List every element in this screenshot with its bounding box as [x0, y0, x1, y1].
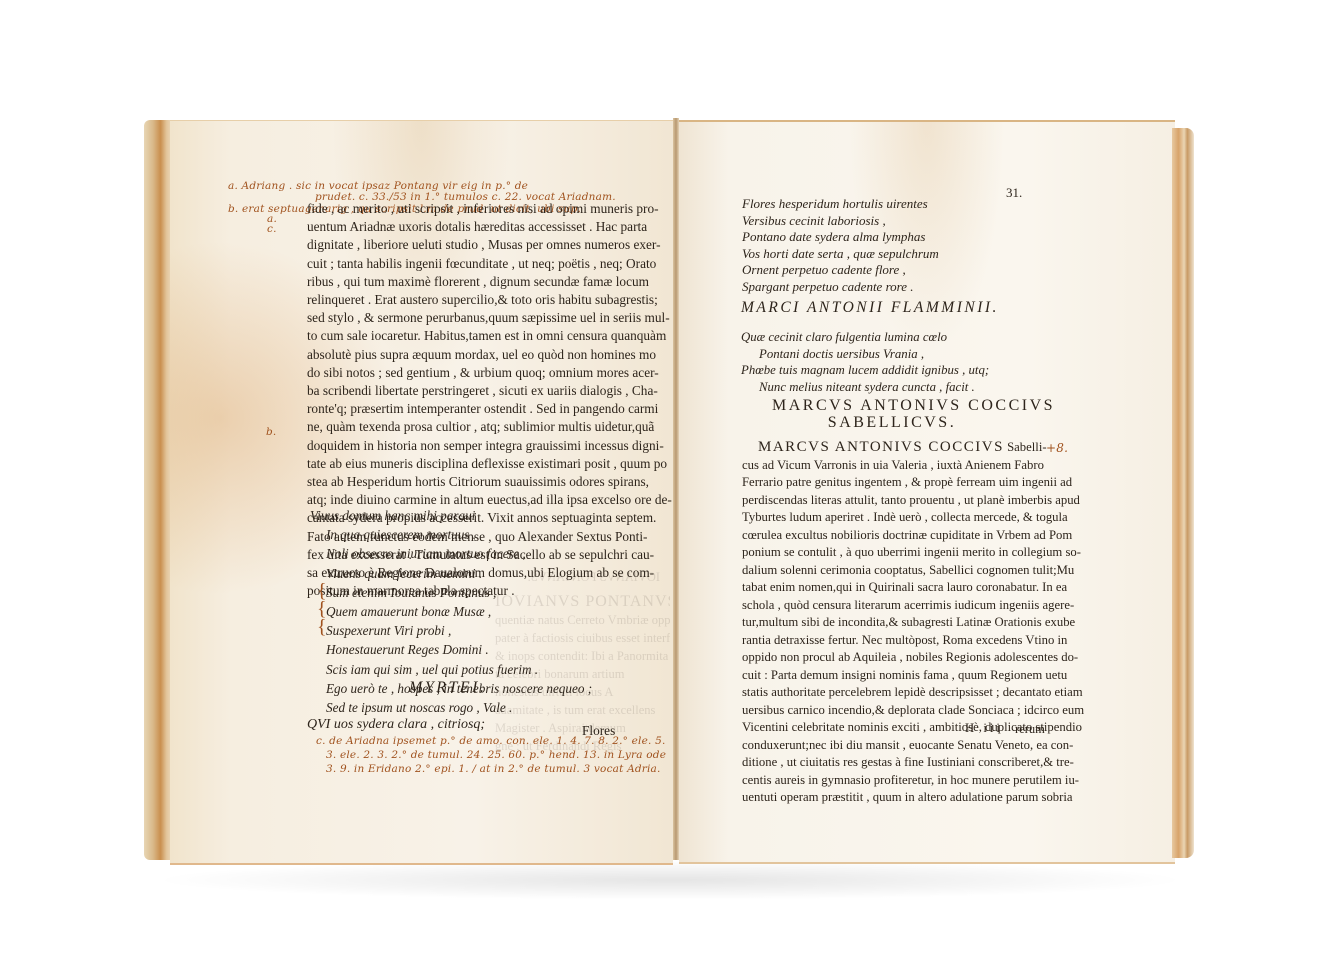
verse-line: In qua quiescerem mortuus .: [310, 525, 592, 544]
prose-line: centis aureis in gymnasio profiteretur, …: [742, 772, 1047, 790]
prose-line: oppido non procul ab Aquileia , nobiles …: [742, 649, 1047, 667]
catchword-right: rerum: [1015, 720, 1045, 738]
prose-line: tur,multum sibi de incondita,& subagrest…: [742, 614, 1047, 632]
prose-line: absolutè pius supra æquum mordax, uel eo…: [307, 346, 653, 364]
verse-line: Suspexerunt Viri probi ,: [310, 621, 592, 640]
verse-line: Viuus domum hanc mihi paraui: [310, 506, 592, 525]
ms-line: c. de Ariadna ipsemet p.° de amo. con. e…: [316, 734, 666, 748]
verse-flaminius: Quæ cecinit claro fulgentia lumina cœlo …: [741, 329, 989, 395]
manuscript-bracket: {{{: [317, 582, 327, 636]
verse-line: Vos horti date serta , quæ sepulchrum: [742, 246, 939, 263]
section-heading-myrtei: MYRTEI.: [409, 679, 487, 697]
prose-line: ne, quàm texenda prosa cultior , atq; su…: [307, 418, 653, 436]
prose-first-line: MARCVS ANTONIVS COCCIVS Sabelli-: [742, 439, 1047, 457]
prose-line: statis authoritate percelebrem lepidè de…: [742, 684, 1047, 702]
prose-line: ponium se contulit , à quo uberrimi inge…: [742, 544, 1047, 562]
verse-line: Pontani doctis uersibus Vrania ,: [741, 346, 989, 363]
sabellicus-prose: MARCVS ANTONIVS COCCIVS Sabelli- cus ad …: [742, 439, 1047, 807]
prose-line: dignitate , liberiore ueluti studio , Mu…: [307, 236, 653, 254]
ms-line: 3. ele. 2. 3. 2.° de tumul. 24. 25. 60. …: [316, 748, 666, 762]
prose-line: uentum Ariadnæ uxoris dotalis hæreditas …: [307, 218, 653, 236]
prose-line: uentuti operam præstitit , quum in alter…: [742, 789, 1047, 807]
open-book: IOVIANVS PONTANVS. IOVIANVS PONTANVS V q…: [0, 0, 1320, 966]
heading-flaminius: MARCI ANTONII FLAMMINII.: [741, 299, 999, 317]
prose-line: cus ad Vicum Varronis in uia Valeria , i…: [742, 457, 1047, 475]
manuscript-note-bottom: c. de Ariadna ipsemet p.° de amo. con. e…: [316, 734, 666, 776]
prose-line: cœrulea excultus nobilioris doctrinæ cup…: [742, 527, 1047, 545]
verse-line: Flores hesperidum hortulis uirentes: [742, 196, 939, 213]
verse-line: Scis iam qui sim , uel qui potius fuerim…: [310, 660, 592, 679]
ms-line: 3. 9. in Eridano 2.° epi. 1. / at in 2.°…: [316, 762, 666, 776]
prose-line: ditione , ut ciuitatis res gestas à fine…: [742, 754, 1047, 772]
prose-line: to cum sale iocaretur. Habitus,tamen est…: [307, 327, 653, 345]
verse-top: Flores hesperidum hortulis uirentes Vers…: [742, 196, 939, 296]
prose-line: conduxerunt;nec ibi diu mansit , euocant…: [742, 737, 1047, 755]
right-fore-edge: [1172, 128, 1194, 858]
prose-line: schola , quòd censura literarum acerrimi…: [742, 597, 1047, 615]
prose-line: ribus , qui tum maximè florerent , dignu…: [307, 273, 653, 291]
verse-line: Noli obsecro iniuriam mortuo facere ,: [310, 544, 592, 563]
prose-line: do sibi notos ; sed gentium , & urbium q…: [307, 364, 653, 382]
prose-small-caps: MARCVS ANTONIVS COCCIVS: [758, 439, 1004, 455]
prose-line: dalium solenni cerimonia cooptatus, Sabe…: [742, 562, 1047, 580]
verse-line: Nunc melius niteant sydera cuncta , faci…: [741, 379, 989, 396]
margin-mark-b: b.: [266, 426, 276, 438]
verse-line: Pontano date sydera alma lymphas: [742, 229, 939, 246]
prose-line: perdiscendas literas attulit, tanto prou…: [742, 492, 1047, 510]
page-number: 31.: [1006, 184, 1022, 202]
margin-mark-c: c.: [267, 223, 277, 235]
prose-line: rantia detraxisse fertur. Nec multòpost,…: [742, 632, 1047, 650]
prose-line: sed stylo , & sermone perurbanus,quum sæ…: [307, 309, 653, 327]
margin-note-right: +8.: [1046, 441, 1068, 455]
prose-line: cuit ; tanta habilis ingenii fœcunditate…: [307, 255, 653, 273]
prose-line: tate ab eius muneris disciplina deflexis…: [307, 455, 653, 473]
verse-line: Quæ cecinit claro fulgentia lumina cœlo: [741, 329, 989, 346]
heading-line: MARCVS ANTONIVS COCCIVS: [772, 397, 1012, 414]
verse-line: Spargant perpetuo cadente rore .: [742, 279, 939, 296]
prose-line: cuit : Parta demum insigni nominis fama …: [742, 667, 1047, 685]
verse-line: Viuens quam fecerim nemini .: [310, 564, 592, 583]
prose-line: Tyburtes ludum aperiret . Indè uerò , co…: [742, 509, 1047, 527]
prose-line: ba scribendi libertate perstringeret , s…: [307, 382, 653, 400]
prose-line: stea ab Hesperidum hortis Citriorum suau…: [307, 473, 653, 491]
myrtei-first-line: QVI uos sydera clara , citriosq;: [307, 715, 485, 734]
prose-line: relinqueret . Erat austero supercilio,& …: [307, 291, 653, 309]
verse-line: Quem amauerunt bonæ Musæ ,: [310, 602, 592, 621]
prose-line: ronte'q; præsertim intemperanter ostendi…: [307, 400, 653, 418]
verse-line: Phœbe tuis magnam lucem addidit ignibus …: [741, 362, 989, 379]
signature-mark: H iii: [965, 719, 1003, 737]
prose-line: fide , ac merito , uti scripsit , inferi…: [307, 200, 653, 218]
prose-line: uersibus carnico incendio,& deplorata cl…: [742, 702, 1047, 720]
verse-line: Ornent perpetuo cadente flore ,: [742, 262, 939, 279]
prose-line: tabat enim nomen,qui in Quirinali sacra …: [742, 579, 1047, 597]
prose-text: Sabelli-: [1004, 440, 1047, 454]
verse-line: Honestauerunt Reges Domini .: [310, 640, 592, 659]
prose-line: doquidem in historia non semper integra …: [307, 437, 653, 455]
prose-line: Ferrario patre genitus ingentem , & prop…: [742, 474, 1047, 492]
heading-sabellicus: MARCVS ANTONIVS COCCIVS SABELLICVS.: [772, 397, 1012, 431]
heading-line: SABELLICVS.: [772, 414, 1012, 431]
verse-line: Sum etenim Iouianus Pontanus ,: [310, 583, 592, 602]
verse-line: Versibus cecinit laboriosis ,: [742, 213, 939, 230]
